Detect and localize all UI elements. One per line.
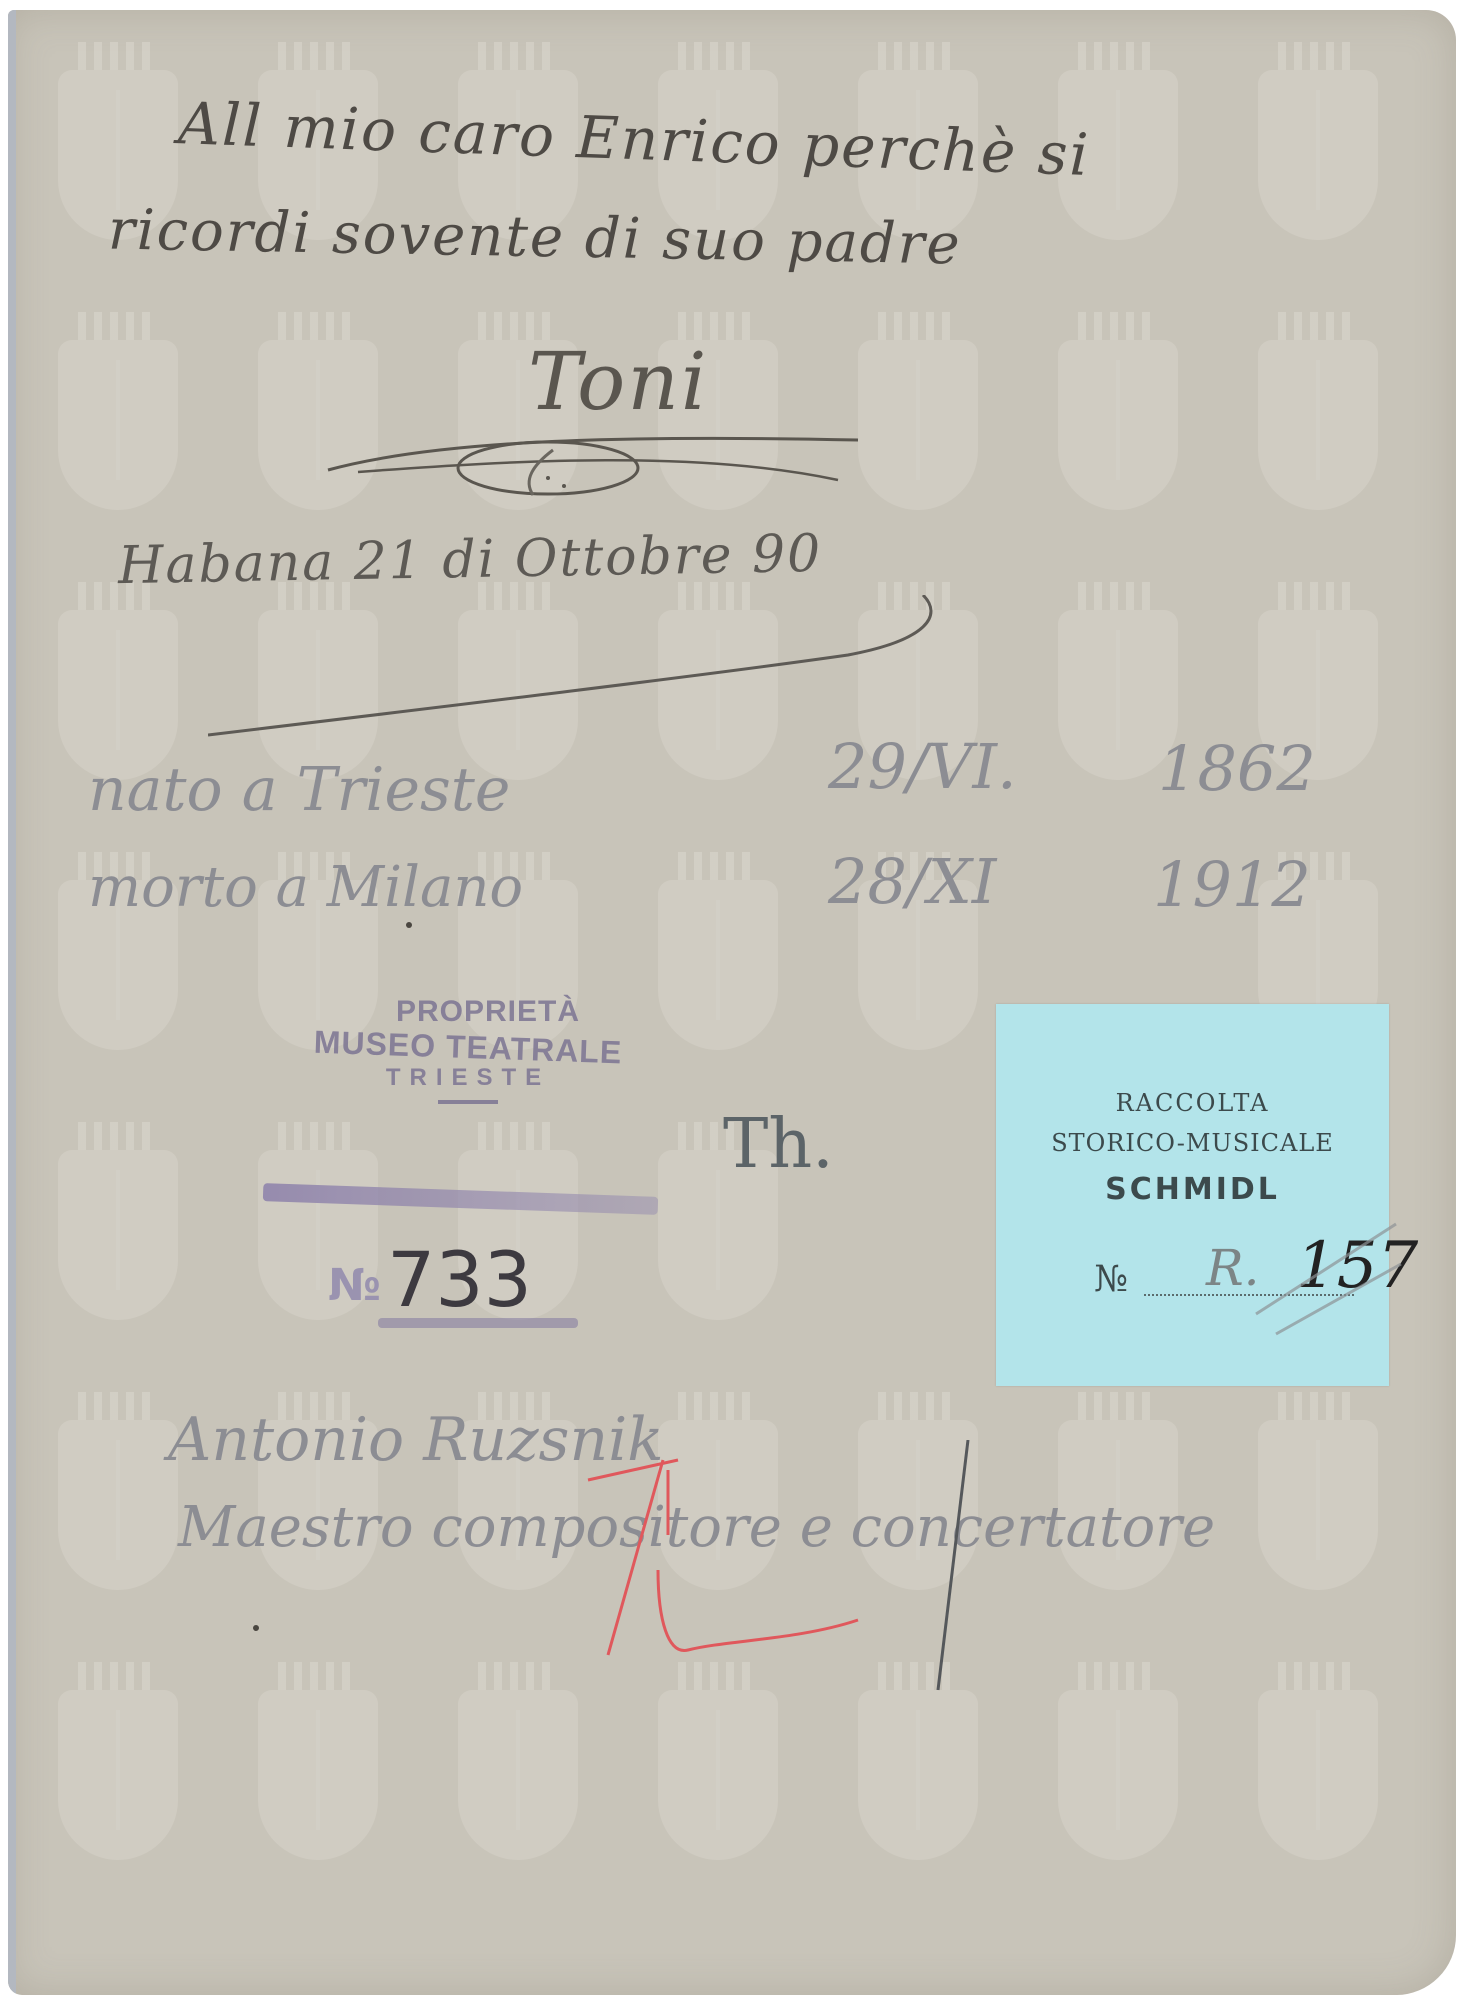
birth-place: nato a Trieste: [88, 755, 510, 825]
shield-watermark-icon: [1258, 70, 1378, 240]
museum-stamp: PROPRIETÀ MUSEO TEATRALE TRIESTE: [298, 995, 638, 1104]
inventory-underline: [378, 1318, 578, 1328]
shield-watermark-icon: [58, 1690, 178, 1860]
watermark-pattern: [8, 10, 1456, 1995]
pencil-mark: Th.: [723, 1105, 834, 1184]
shield-watermark-icon: [658, 880, 778, 1050]
label-number-prefix: №: [1094, 1259, 1128, 1300]
stamp-line-1: PROPRIETÀ: [338, 995, 638, 1029]
shield-watermark-icon: [1058, 1690, 1178, 1860]
inventory-prefix: №: [328, 1260, 381, 1311]
death-date: 28/XI: [828, 845, 996, 918]
collection-label: RACCOLTA STORICO-MUSICALE SCHMIDL № R. 1…: [996, 1004, 1389, 1386]
photo-card-reverse: All mio caro Enrico perchè si ricordi so…: [8, 10, 1456, 1995]
graphite-scribble-icon: [1246, 1194, 1406, 1344]
red-pencil-mark-icon: [568, 1440, 868, 1660]
shield-watermark-icon: [858, 1690, 978, 1860]
label-line-2: STORICO-MUSICALE: [996, 1129, 1389, 1157]
graphite-mark-icon: [928, 1440, 988, 1700]
birth-date: 29/VI.: [828, 730, 1017, 803]
shield-watermark-icon: [1058, 340, 1178, 510]
shield-watermark-icon: [258, 1690, 378, 1860]
label-line-1: RACCOLTA: [996, 1089, 1389, 1117]
shield-watermark-icon: [58, 340, 178, 510]
place-date: Habana 21 di Ottobre 90: [118, 524, 823, 596]
death-year: 1912: [1153, 848, 1311, 921]
shield-watermark-icon: [1258, 340, 1378, 510]
underline-swoosh-icon: [208, 595, 948, 745]
shield-watermark-icon: [458, 1690, 578, 1860]
shield-watermark-icon: [58, 1150, 178, 1320]
birth-year: 1862: [1158, 732, 1316, 805]
shield-watermark-icon: [1258, 1420, 1378, 1590]
shield-watermark-icon: [58, 1420, 178, 1590]
ink-spot: [406, 922, 412, 928]
stamp-rule: [438, 1100, 498, 1104]
inventory-value: 733: [387, 1235, 532, 1324]
death-place: morto a Milano: [88, 855, 523, 920]
inventory-number: №733: [328, 1235, 532, 1324]
shield-watermark-icon: [1258, 1690, 1378, 1860]
signature-flourish-icon: [318, 410, 878, 500]
shield-watermark-icon: [658, 1690, 778, 1860]
ink-spot: [253, 1625, 259, 1631]
